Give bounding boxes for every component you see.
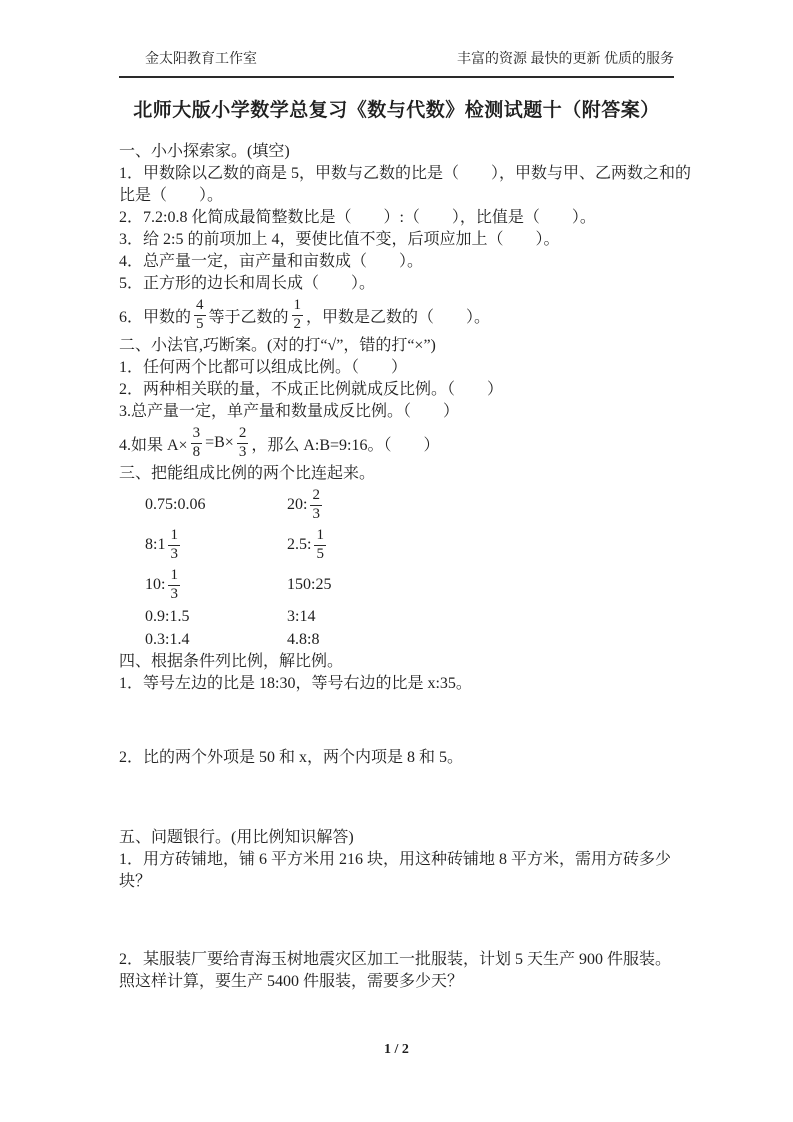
page-number: 1 / 2	[0, 1042, 793, 1058]
fraction-1-3: 1 3	[168, 527, 180, 563]
s2-question-1: 1．任何两个比都可以组成比例。（ ）	[119, 357, 674, 379]
match-right-1: 20: 2 3	[287, 487, 325, 523]
s1-question-6: 6．甲数的 4 5 等于乙数的 1 2 ，甲数是乙数的（ ）。	[119, 295, 674, 335]
answer-space	[119, 893, 674, 949]
section-word-problems: 五、问题银行。(用比例知识解答) 1．用方砖铺地，铺 6 平方米用 216 块，…	[119, 769, 674, 993]
match-row-3: 10: 1 3 150:25	[119, 565, 674, 605]
section-match-ratios: 三、把能组成比例的两个比连起来。 0.75:0.06 20: 2 3 8:1 1…	[119, 463, 674, 651]
s1-question-3: 3．给 2:5 的前项加上 4，要使比值不变，后项应加上（ ）。	[119, 229, 674, 251]
s1-question-5: 5．正方形的边长和周长成（ ）。	[119, 273, 674, 295]
s4-question-2: 2．比的两个外项是 50 和 x，两个内项是 8 和 5。	[119, 747, 674, 769]
s5-question-1-line-1: 1．用方砖铺地，铺 6 平方米用 216 块，用这种砖铺地 8 平方米，需用方砖…	[119, 849, 674, 871]
match-right-5: 4.8:8	[287, 631, 319, 649]
section1-heading: 一、小小探索家。(填空)	[119, 141, 674, 163]
s1-question-1-line-2: 比是（ ）。	[119, 185, 674, 207]
s4-question-1: 1．等号左边的比是 18:30，等号右边的比是 x:35。	[119, 673, 674, 695]
fraction-1-2: 1 2	[292, 297, 304, 333]
match-left-1: 0.75:0.06	[119, 496, 287, 514]
s1-question-4: 4．总产量一定，亩产量和亩数成（ ）。	[119, 251, 674, 273]
header-studio-name: 金太阳教育工作室	[145, 50, 257, 70]
s1-question-1-line-1: 1．甲数除以乙数的商是 5，甲数与乙数的比是（ ），甲数与甲、乙两数之和的	[119, 163, 674, 185]
s1-q6-text-pre: 6．甲数的	[119, 304, 191, 327]
s5-question-1-line-2: 块？	[119, 871, 674, 893]
s2-q4-text-pre: 4.如果 A×	[119, 432, 188, 455]
s1-question-2: 2．7.2:0.8 化简成最简整数比是（ ）:（ ），比值是（ ）。	[119, 207, 674, 229]
match-row-2: 8:1 1 3 2.5: 1 5	[119, 525, 674, 565]
match-left-2: 8:1 1 3	[119, 527, 287, 563]
match-row-5: 0.3:1.4 4.8:8	[119, 628, 674, 651]
match-row-1: 0.75:0.06 20: 2 3	[119, 485, 674, 525]
s2-question-3: 3.总产量一定，单产量和数量成反比例。（ ）	[119, 401, 674, 423]
s1-q6-text-mid: 等于乙数的	[209, 304, 289, 327]
answer-space	[119, 769, 674, 827]
section-solve-proportions: 四、根据条件列比例，解比例。 1．等号左边的比是 18:30，等号右边的比是 x…	[119, 651, 674, 769]
match-left-4: 0.9:1.5	[119, 608, 287, 626]
worksheet-page: 金太阳教育工作室 丰富的资源 最快的更新 优质的服务 北师大版小学数学总复习《数…	[0, 0, 793, 1122]
s1-q6-text-post: ，甲数是乙数的（ ）。	[306, 304, 490, 327]
match-right-4: 3:14	[287, 608, 315, 626]
match-right-3: 150:25	[287, 576, 331, 594]
s2-question-2: 2．两种相关联的量，不成正比例就成反比例。（ ）	[119, 379, 674, 401]
fraction-4-5: 4 5	[194, 297, 206, 333]
section5-heading: 五、问题银行。(用比例知识解答)	[119, 827, 674, 849]
section-true-false: 二、小法官,巧断案。(对的打“√”，错的打“×”) 1．任何两个比都可以组成比例…	[119, 335, 674, 463]
section4-heading: 四、根据条件列比例，解比例。	[119, 651, 674, 673]
section-fill-in-blanks: 一、小小探索家。(填空) 1．甲数除以乙数的商是 5，甲数与乙数的比是（ ），甲…	[119, 141, 674, 335]
s5-question-2-line-2: 照这样计算，要生产 5400 件服装，需要多少天？	[119, 971, 674, 993]
page-title: 北师大版小学数学总复习《数与代数》检测试题十（附答案）	[119, 98, 674, 124]
fraction-1-3: 1 3	[168, 567, 180, 603]
match-row-4: 0.9:1.5 3:14	[119, 605, 674, 628]
fraction-2-3: 2 3	[237, 425, 249, 461]
match-left-5: 0.3:1.4	[119, 631, 287, 649]
fraction-2-3: 2 3	[310, 487, 322, 523]
fraction-1-5: 1 5	[314, 527, 326, 563]
fraction-3-8: 3 8	[191, 425, 203, 461]
answer-space	[119, 695, 674, 747]
page-header: 金太阳教育工作室 丰富的资源 最快的更新 优质的服务	[119, 50, 674, 78]
section3-heading: 三、把能组成比例的两个比连起来。	[119, 463, 674, 485]
s2-q4-text-post: ，那么 A:B=9:16。（ ）	[251, 432, 439, 455]
s2-question-4: 4.如果 A× 3 8 =B× 2 3 ，那么 A:B=9:16。（ ）	[119, 423, 674, 463]
section2-heading: 二、小法官,巧断案。(对的打“√”，错的打“×”)	[119, 335, 674, 357]
header-slogan: 丰富的资源 最快的更新 优质的服务	[457, 50, 674, 70]
s5-question-2-line-1: 2．某服装厂要给青海玉树地震灾区加工一批服装，计划 5 天生产 900 件服装。	[119, 949, 674, 971]
match-left-3: 10: 1 3	[119, 567, 287, 603]
match-right-2: 2.5: 1 5	[287, 527, 329, 563]
s2-q4-text-mid: =B×	[205, 434, 234, 452]
